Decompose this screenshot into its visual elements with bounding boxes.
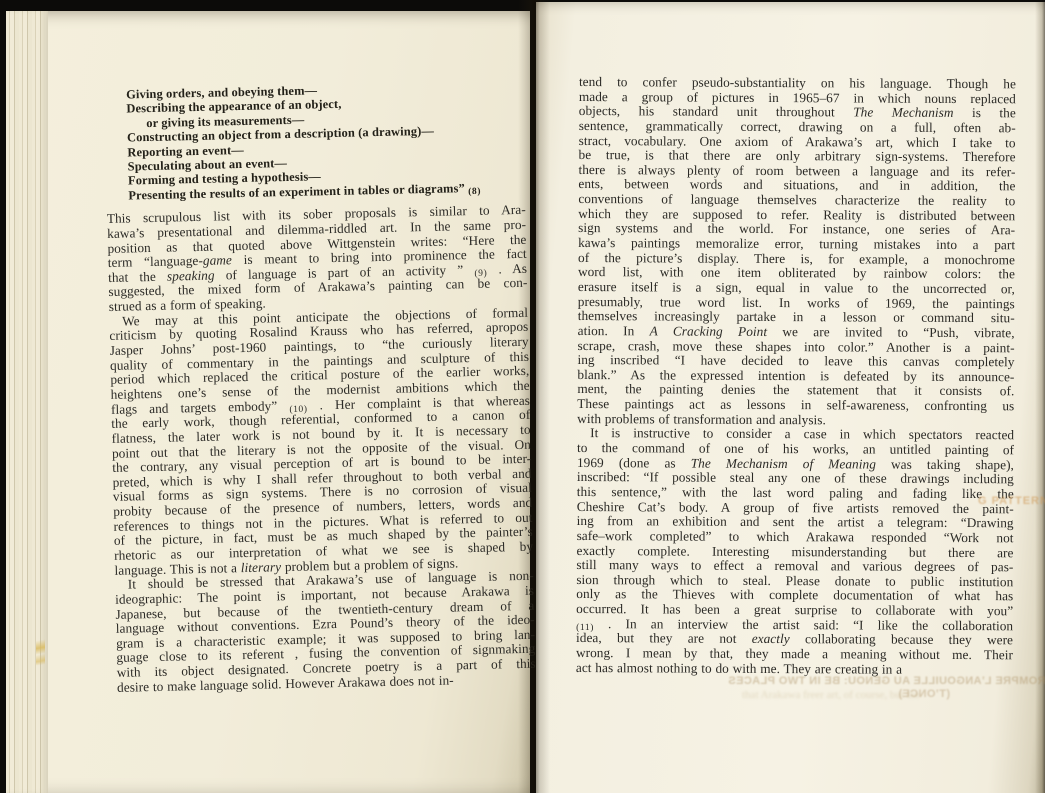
paragraph: We may at this point anticipate the obje…	[109, 306, 534, 579]
left-body-text: This scrupulous list with its sober prop…	[107, 203, 536, 695]
right-text-column: tend to confer pseudo-substantiality on …	[576, 75, 1016, 678]
left-text-column: Giving orders, and obeying them—Describi…	[104, 79, 536, 695]
paragraph: It should be stressed that Arakawa’s use…	[115, 569, 536, 695]
paragraph: This scrupulous list with its sober prop…	[107, 203, 528, 315]
footnote-ref: (10)	[289, 404, 307, 414]
footnote-ref: (9)	[474, 268, 487, 278]
page-edge-stack	[6, 11, 48, 793]
wittgenstein-quote-block: Giving orders, and obeying them—Describi…	[126, 79, 525, 205]
text-line: act has almost nothing to do with me. Th…	[576, 661, 1013, 678]
right-page-edge-shade	[1035, 2, 1045, 793]
gutter-shadow	[518, 0, 550, 793]
page-blemish	[36, 636, 45, 666]
right-body-text: tend to confer pseudo-substantiality on …	[576, 75, 1016, 678]
footnote-ref: (11)	[576, 623, 594, 633]
paragraph: It is instructive to consider a case in …	[576, 426, 1014, 677]
footnote-ref: (8)	[468, 187, 481, 197]
paragraph: tend to confer pseudo-substantiality on …	[577, 75, 1016, 429]
book-photo: Giving orders, and obeying them—Describi…	[0, 0, 1045, 793]
